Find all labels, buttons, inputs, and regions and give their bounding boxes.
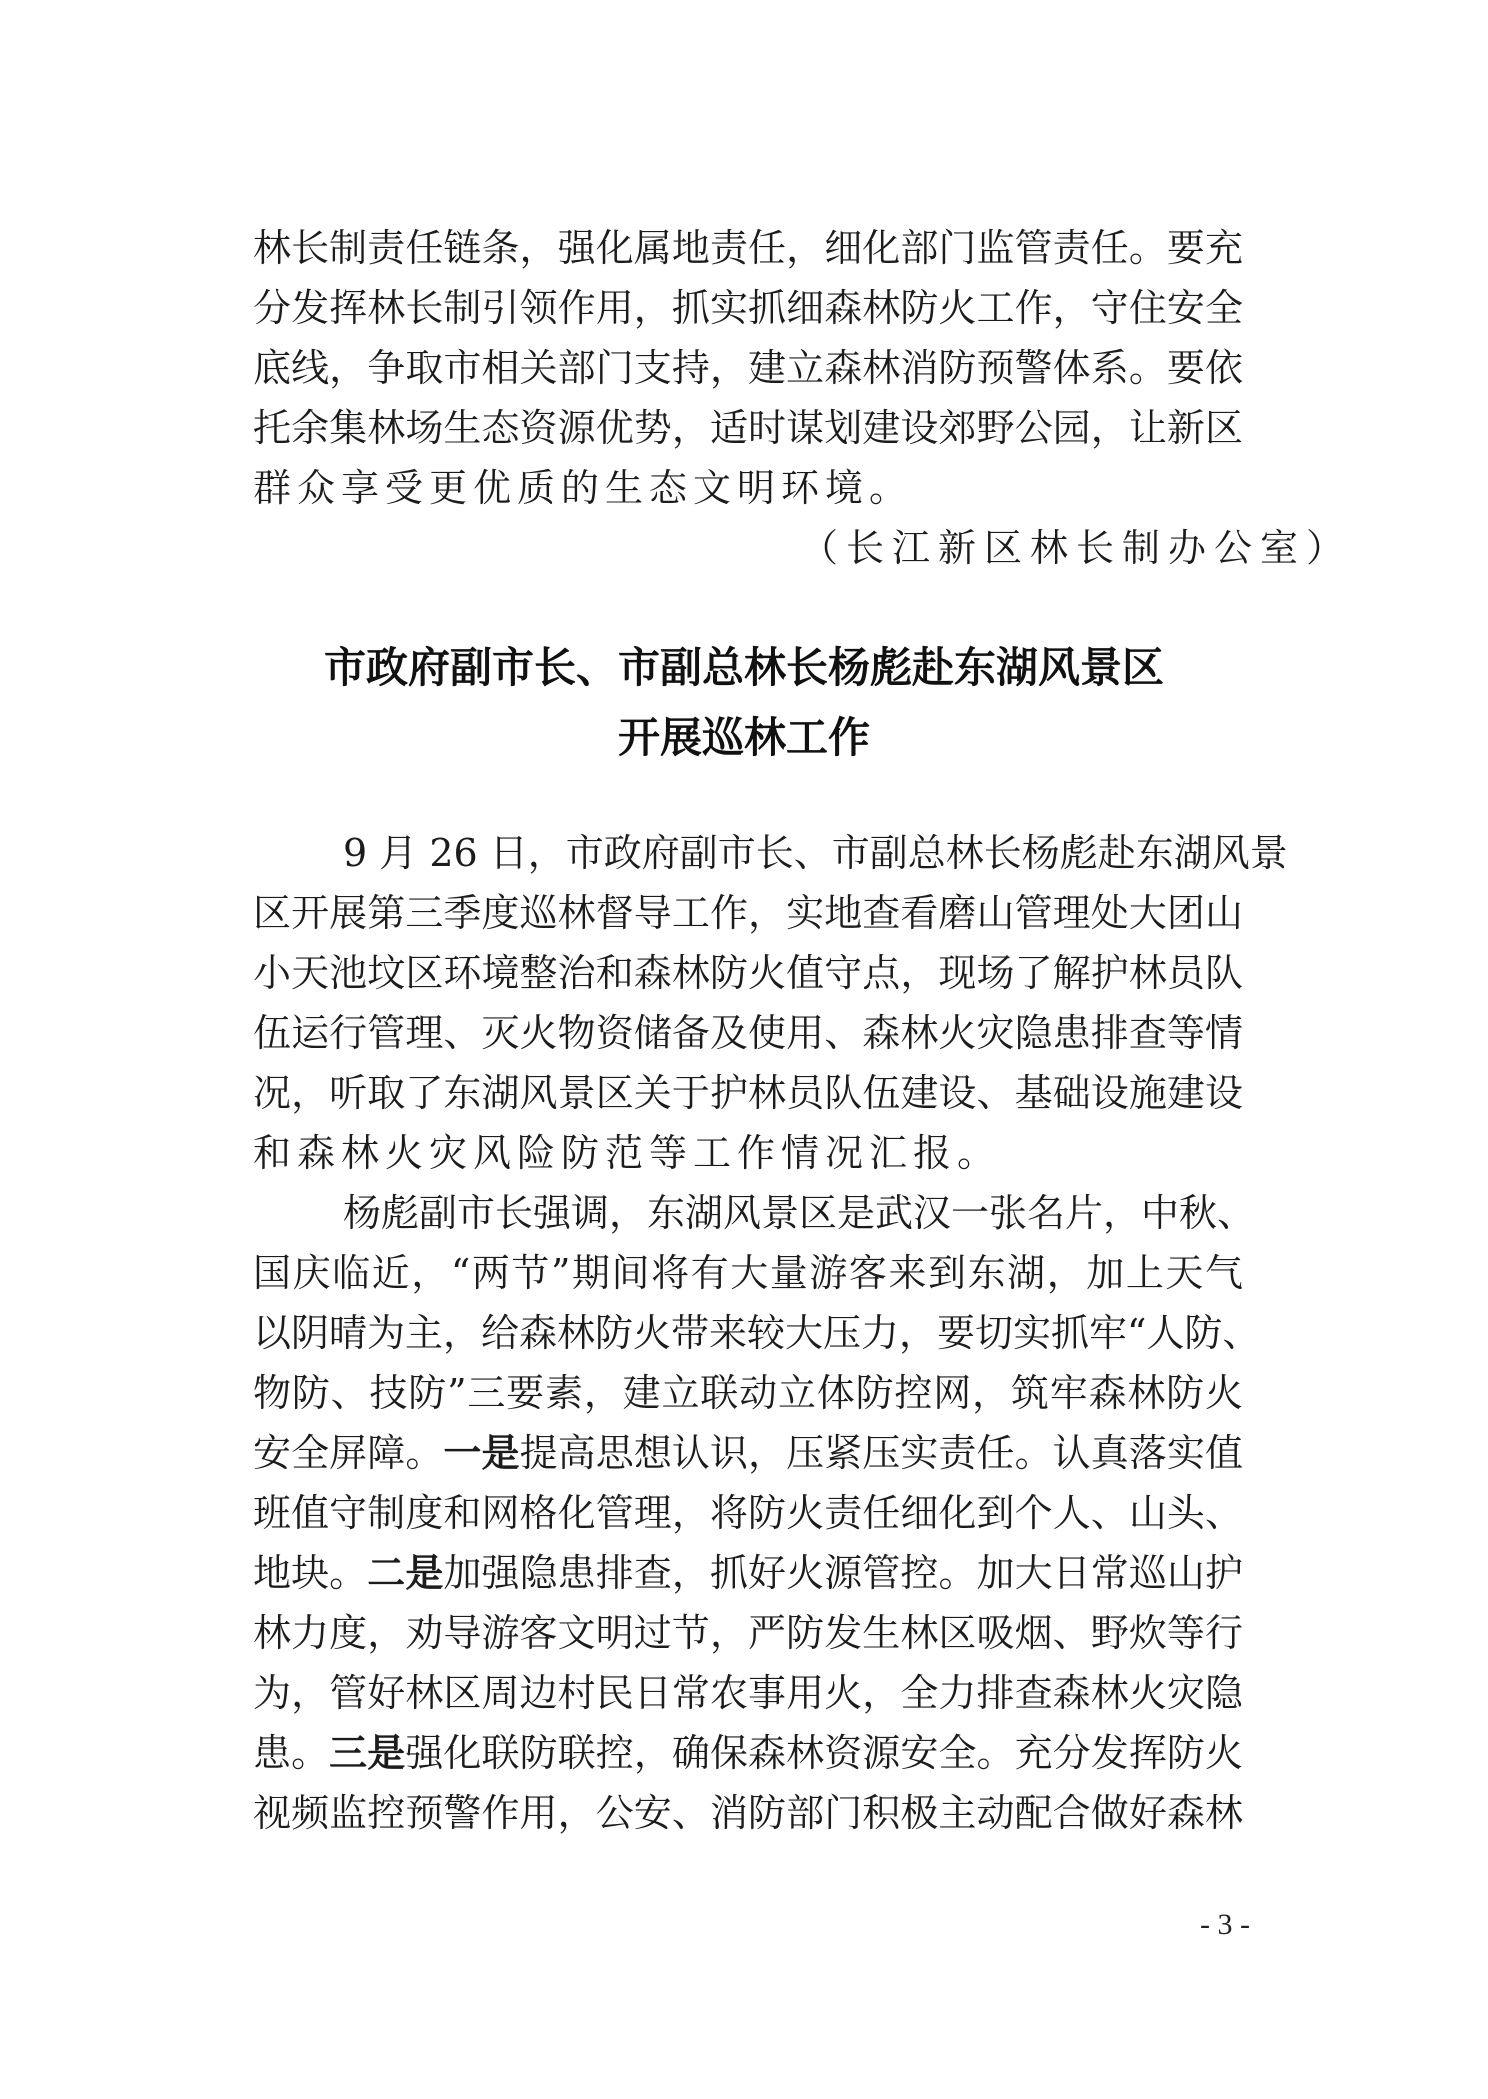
article-title-line-2: 开展巡林工作 — [0, 703, 1488, 773]
text-line: 和森林火灾风险防范等工作情况汇报。 — [253, 1123, 1243, 1183]
text-line: 安全屏障。一是提高思想认识，压紧压实责任。认真落实值 — [253, 1423, 1243, 1483]
text-line: 国庆临近，“两节”期间将有大量游客来到东湖，加上天气 — [253, 1243, 1243, 1303]
text-line: 9 月 26 日，市政府副市长、市副总林长杨彪赴东湖风景 — [343, 823, 1243, 883]
text-segment: 患。 — [253, 1731, 329, 1775]
text-line: 患。三是强化联防联控，确保森林资源安全。充分发挥防火 — [253, 1723, 1243, 1783]
text-segment: 视频监控预警作用，公安、消防部门积极主动配合做好森林 — [253, 1791, 1243, 1835]
text-line: 况，听取了东湖风景区关于护林员队伍建设、基础设施建设 — [253, 1063, 1243, 1123]
text-line: 班值守制度和网格化管理，将防火责任细化到个人、山头、 — [253, 1483, 1243, 1543]
text-segment: 以阴晴为主，给森林防火带来较大压力，要切实抓牢“人防、 — [253, 1311, 1260, 1355]
text-line: 林长制责任链条，强化属地责任，细化部门监管责任。要充 — [253, 218, 1243, 278]
text-line: 物防、技防”三要素，建立联动立体防控网，筑牢森林防火 — [253, 1363, 1243, 1423]
text-segment: 提高思想认识，压紧压实责任。认真落实值 — [520, 1431, 1243, 1475]
emphasis-second-point: 二是 — [367, 1551, 443, 1595]
text-line: 杨彪副市长强调，东湖风景区是武汉一张名片，中秋、 — [343, 1183, 1243, 1243]
text-line: 林力度，劝导游客文明过节，严防发生林区吸烟、野炊等行 — [253, 1603, 1243, 1663]
text-segment: 国庆临近，“两节”期间将有大量游客来到东湖，加上天气 — [253, 1251, 1243, 1295]
text-segment: 物防、技防”三要素，建立联动立体防控网，筑牢森林防火 — [253, 1371, 1243, 1415]
text-segment: 林力度，劝导游客文明过节，严防发生林区吸烟、野炊等行 — [253, 1611, 1243, 1655]
text-line: 地块。二是加强隐患排查，抓好火源管控。加大日常巡山护 — [253, 1543, 1243, 1603]
article-title-line-1: 市政府副市长、市副总林长杨彪赴东湖风景区 — [0, 633, 1488, 703]
source-attribution: （长江新区林长制办公室） — [800, 518, 1250, 578]
text-segment: 为，管好林区周边村民日常农事用火，全力排查森林火灾隐 — [253, 1671, 1243, 1715]
text-line: 为，管好林区周边村民日常农事用火，全力排查森林火灾隐 — [253, 1663, 1243, 1723]
text-segment: 地块。 — [253, 1551, 367, 1595]
document-page: 林长制责任链条，强化属地责任，细化部门监管责任。要充 分发挥林长制引领作用，抓实… — [0, 0, 1488, 2099]
text-segment: 班值守制度和网格化管理，将防火责任细化到个人、山头、 — [253, 1491, 1243, 1535]
text-segment: 安全屏障。 — [253, 1431, 443, 1475]
text-line: 小天池坟区环境整治和森林防火值守点，现场了解护林员队 — [253, 943, 1243, 1003]
page-number: - 3 - — [1195, 1905, 1255, 1945]
text-segment: 强化联防联控，确保森林资源安全。充分发挥防火 — [405, 1731, 1243, 1775]
text-line: 托余集林场生态资源优势，适时谋划建设郊野公园，让新区 — [253, 398, 1243, 458]
text-line: 以阴晴为主，给森林防火带来较大压力，要切实抓牢“人防、 — [253, 1303, 1243, 1363]
text-line: 底线，争取市相关部门支持，建立森林消防预警体系。要依 — [253, 338, 1243, 398]
text-line: 群众享受更优质的生态文明环境。 — [253, 458, 1243, 518]
text-line: 伍运行管理、灭火物资储备及使用、森林火灾隐患排查等情 — [253, 1003, 1243, 1063]
text-segment: 加强隐患排查，抓好火源管控。加大日常巡山护 — [443, 1551, 1243, 1595]
text-line: 分发挥林长制引领作用，抓实抓细森林防火工作，守住安全 — [253, 278, 1243, 338]
emphasis-third-point: 三是 — [329, 1731, 405, 1775]
text-line: 视频监控预警作用，公安、消防部门积极主动配合做好森林 — [253, 1783, 1243, 1843]
text-line: 区开展第三季度巡林督导工作，实地查看磨山管理处大团山 — [253, 883, 1243, 943]
text-segment: 杨彪副市长强调，东湖风景区是武汉一张名片，中秋、 — [343, 1191, 1255, 1235]
emphasis-first-point: 一是 — [443, 1431, 519, 1475]
